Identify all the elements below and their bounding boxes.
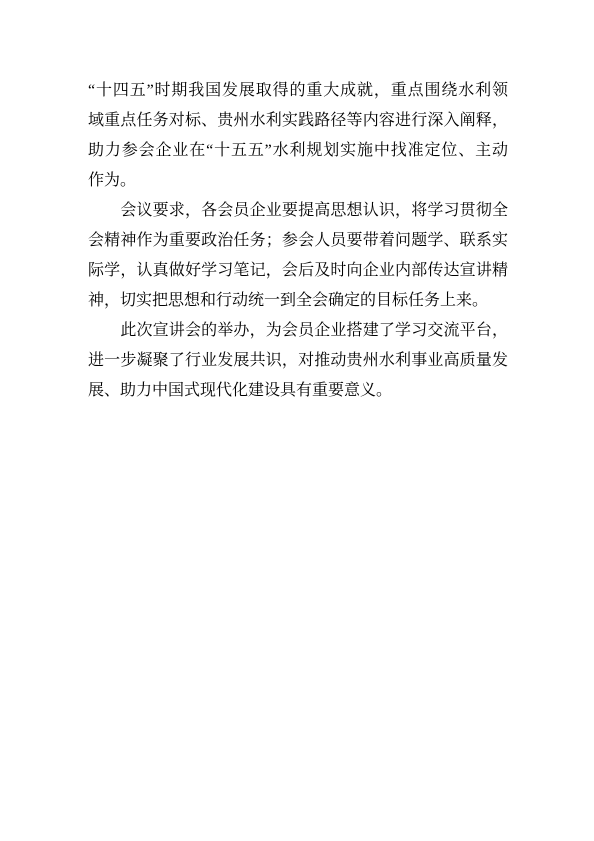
document-page: “十四五”时期我国发展取得的重大成就，重点围绕水利领 域重点任务对标、贵州水利实… <box>0 0 594 841</box>
text-line: 作为。 <box>88 166 508 196</box>
document-body: “十四五”时期我国发展取得的重大成就，重点围绕水利领 域重点任务对标、贵州水利实… <box>88 76 508 406</box>
text-line: “十四五”时期我国发展取得的重大成就，重点围绕水利领 <box>88 76 508 106</box>
text-line: 会精神作为重要政治任务；参会人员要带着问题学、联系实 <box>88 226 508 256</box>
text-line: 神，切实把思想和行动统一到全会确定的目标任务上来。 <box>88 286 508 316</box>
text-line: 际学，认真做好学习笔记，会后及时向企业内部传达宣讲精 <box>88 256 508 286</box>
text-paragraph: 此次宣讲会的举办，为会员企业搭建了学习交流平台， 进一步凝聚了行业发展共识，对推… <box>88 316 508 406</box>
text-line: 此次宣讲会的举办，为会员企业搭建了学习交流平台， <box>88 316 508 346</box>
text-line: 展、助力中国式现代化建设具有重要意义。 <box>88 376 508 406</box>
text-line: 助力参会企业在“十五五”水利规划实施中找准定位、主动 <box>88 136 508 166</box>
text-paragraph: 会议要求，各会员企业要提高思想认识，将学习贯彻全 会精神作为重要政治任务；参会人… <box>88 196 508 316</box>
text-line: 域重点任务对标、贵州水利实践路径等内容进行深入阐释， <box>88 106 508 136</box>
text-line: 会议要求，各会员企业要提高思想认识，将学习贯彻全 <box>88 196 508 226</box>
text-paragraph: “十四五”时期我国发展取得的重大成就，重点围绕水利领 域重点任务对标、贵州水利实… <box>88 76 508 196</box>
text-line: 进一步凝聚了行业发展共识，对推动贵州水利事业高质量发 <box>88 346 508 376</box>
